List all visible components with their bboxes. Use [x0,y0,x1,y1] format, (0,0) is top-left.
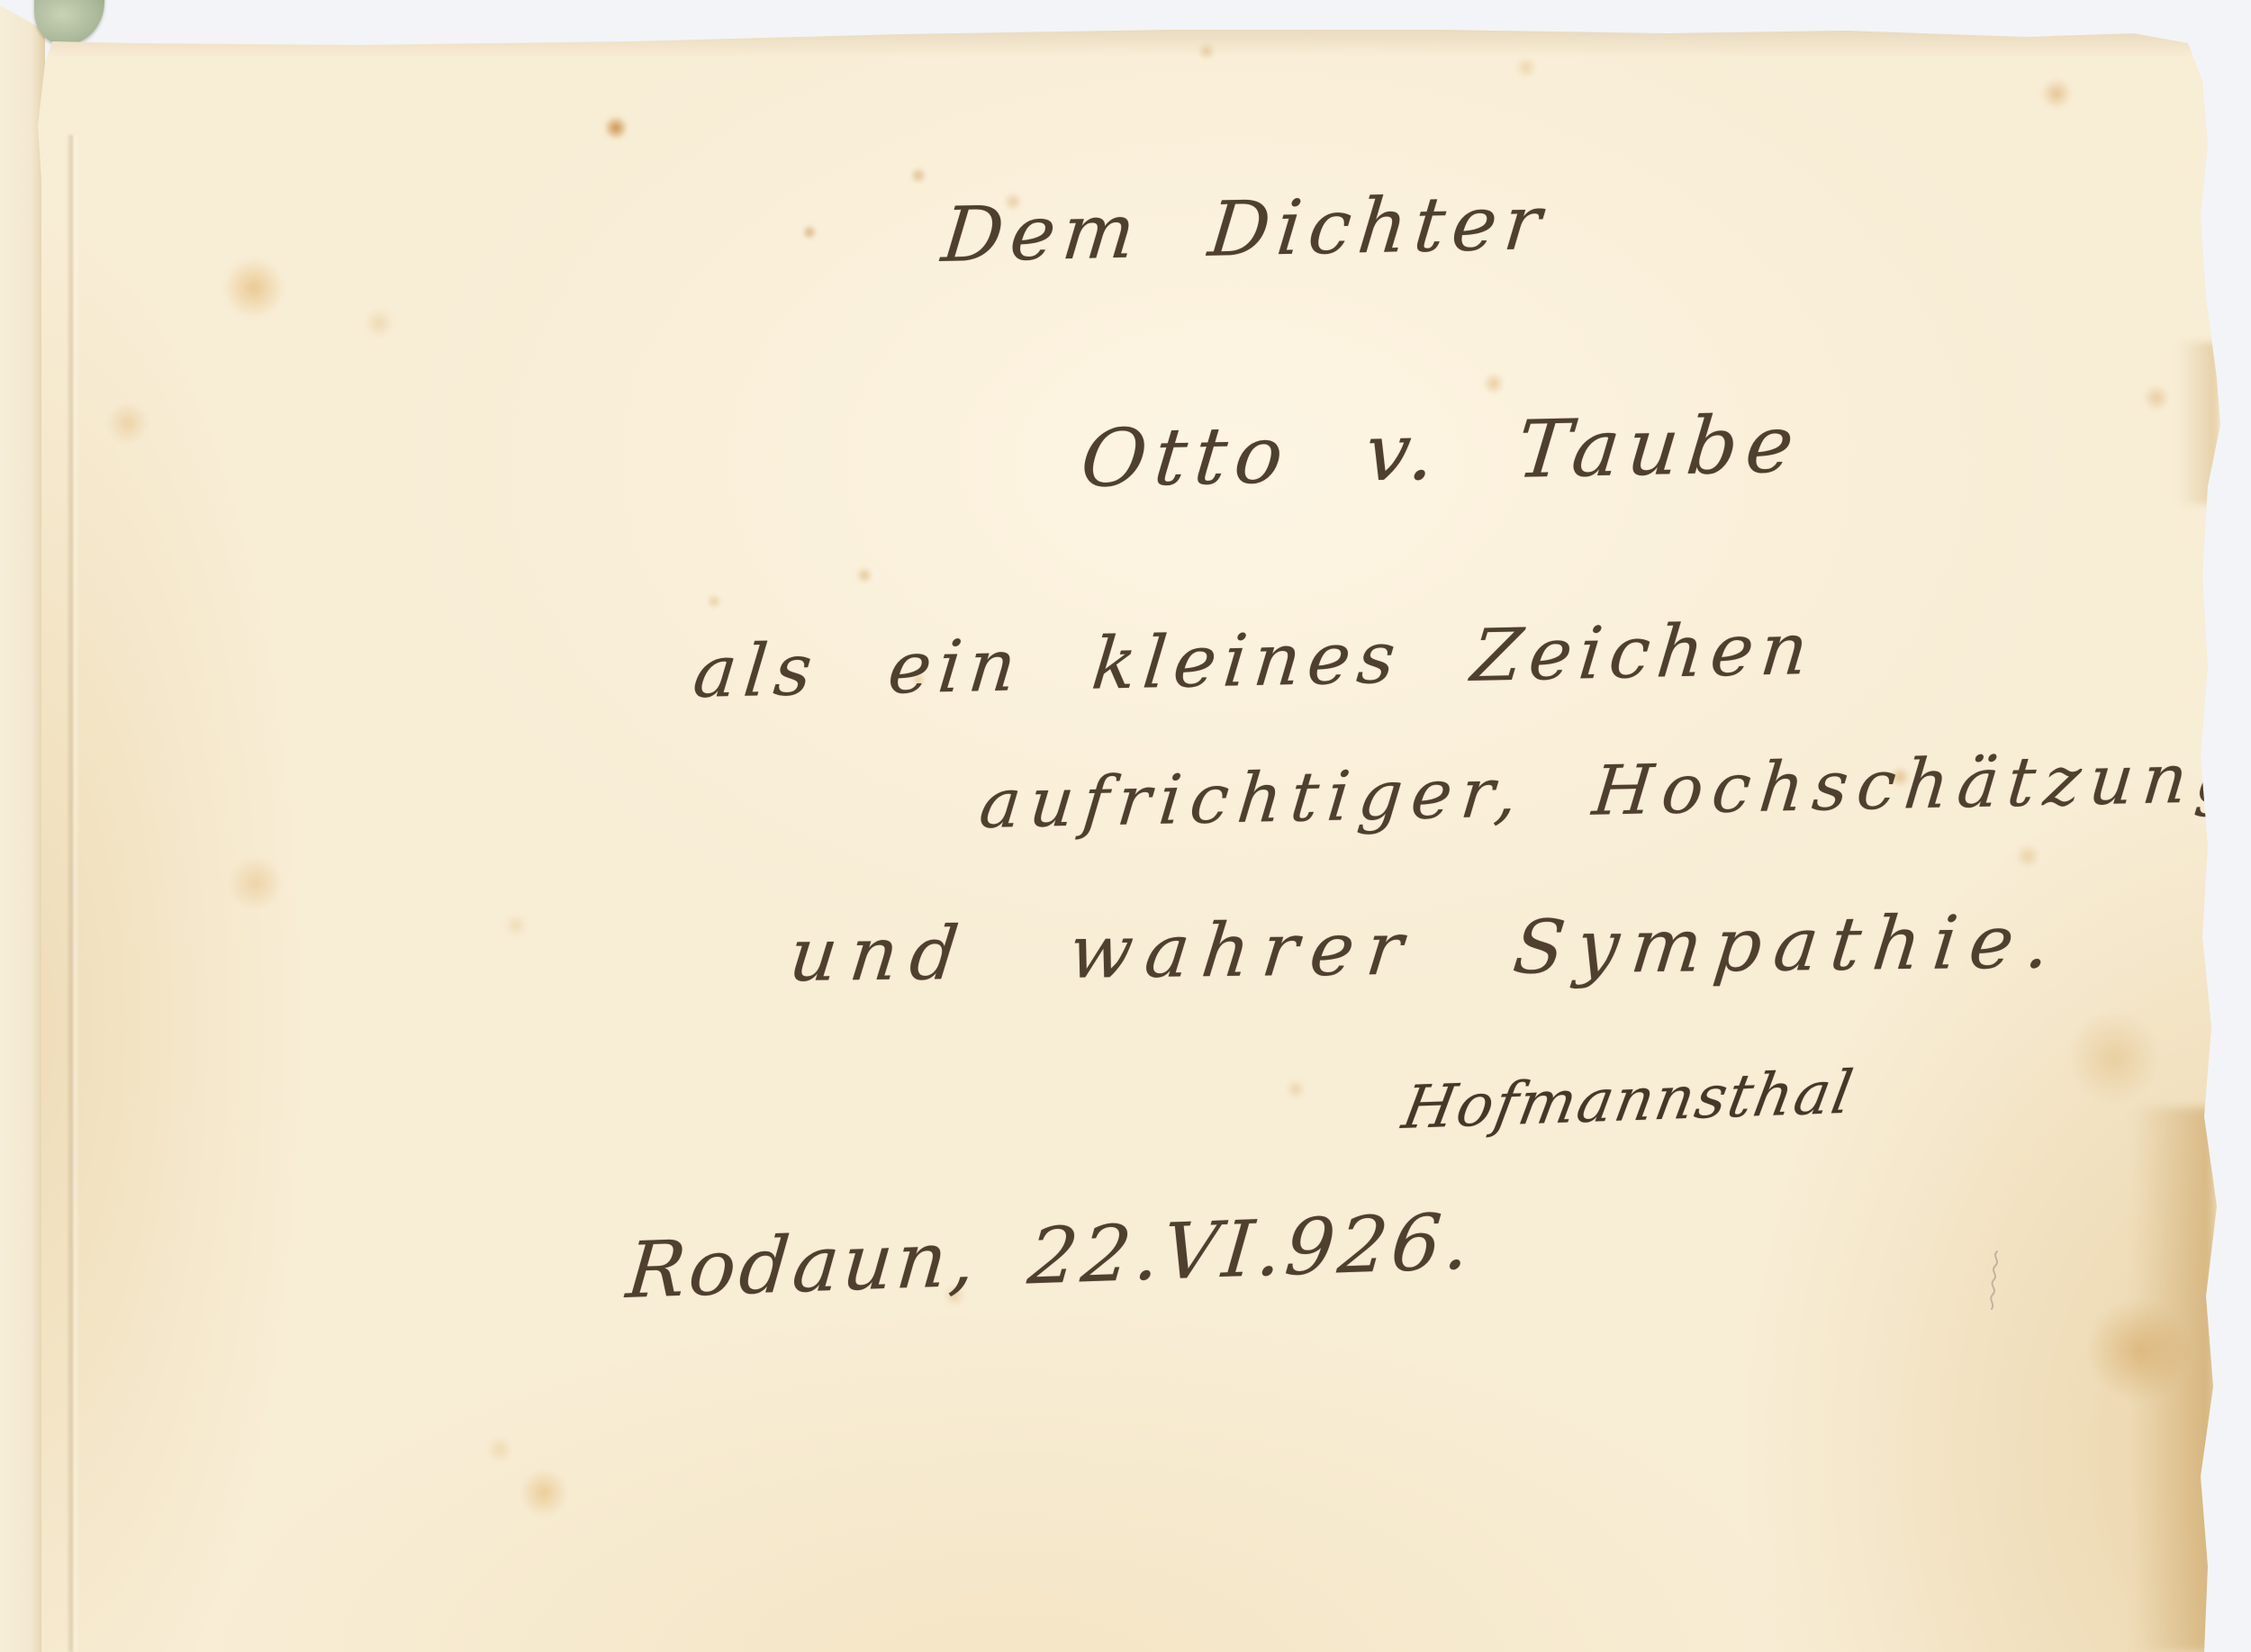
inscription-line-5: und wahrer Sympathie. [785,899,2067,998]
foxing-spot [706,594,722,609]
foxing-spot [504,915,528,936]
book-page: Dem Dichter Otto v. Taube als ein kleine… [0,0,2251,1652]
foxing-spot [221,259,286,317]
dateline: Rodaun, 22.VI.926. [623,1196,1477,1316]
foxing-spot [519,1469,569,1516]
foxing-spot [227,857,285,909]
foxing-spot [603,116,628,140]
foxing-spot [2071,1008,2157,1107]
foxing-spot [801,225,818,239]
foxing-spot [2143,385,2170,411]
inscription-line-3: als ein kleines Zeichen [690,607,1819,714]
foxing-spot [2015,844,2040,868]
foxing-spot [1482,373,1505,394]
foxing-spot [1198,43,1216,59]
foxing-spot [364,310,394,337]
foxing-spot [855,567,873,583]
foxing-spot [486,1437,513,1462]
foxing-spot [1286,1080,1306,1098]
facing-page-edge [0,0,45,1652]
page-top-edge-shadow [41,27,2206,58]
deckle-edge-toning [2179,342,2219,504]
gutter-crease [67,135,79,1652]
inscription-line-dedication: Dem Dichter [938,178,1552,279]
photo-of-book-inscription: Dem Dichter Otto v. Taube als ein kleine… [0,0,2251,1652]
inscription-line-4: aufrichtiger, Hochschätzung [976,737,2251,844]
foxing-spot [2089,1296,2188,1404]
inscription-line-recipient: Otto v. Taube [1077,397,1806,505]
foxing-spot [106,403,149,443]
signature-hofmannsthal: Hofmannsthal [1397,1058,1859,1142]
foxing-spot [2040,79,2073,108]
foxing-spot [909,167,927,184]
pencil-mark [1984,1250,2008,1313]
foxing-spot [1514,58,1538,77]
